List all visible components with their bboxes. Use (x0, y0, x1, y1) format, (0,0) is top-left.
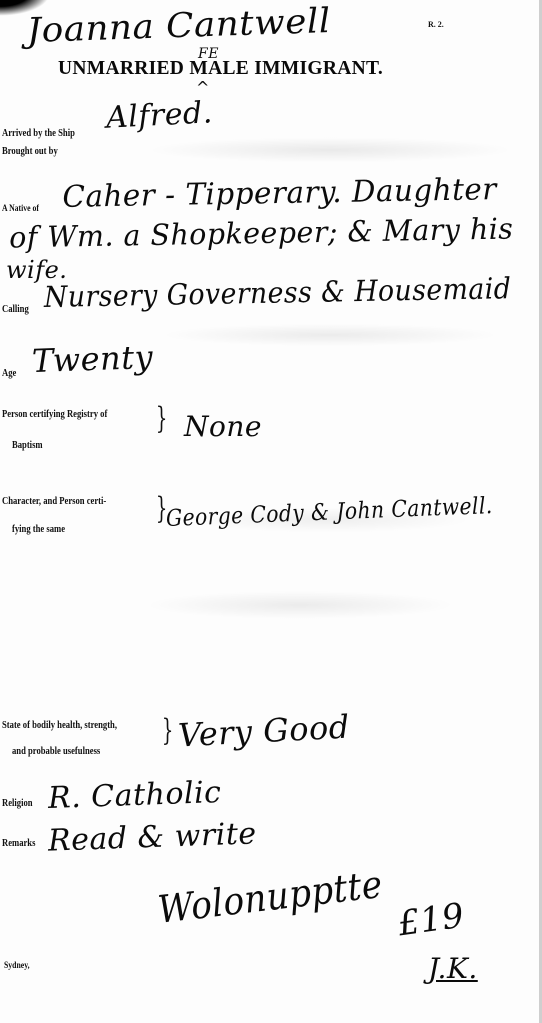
character-label-line2: fying the same (12, 524, 65, 535)
immigrant-name: Joanna Cantwell (26, 1, 331, 51)
ship-value: Alfred. (105, 95, 213, 136)
calling-value: Nursery Governess & Housemaid (44, 271, 512, 314)
place-label: Sydney, (4, 960, 30, 970)
native-of-line1: Caher - Tipperary. Daughter (62, 172, 497, 215)
baptism-label-line1: Person certifying Registry of (2, 409, 107, 420)
age-label: Age (2, 368, 16, 379)
form-code: R. 2. (428, 20, 444, 29)
character-value: George Cody & John Cantwell. (166, 493, 493, 532)
immigrant-record-page: Joanna Cantwell R. 2. FE UNMARRIED MALE … (0, 0, 542, 1023)
native-of-line2: of Wm. a Shopkeeper; & Mary his (9, 212, 514, 255)
character-label-line1: Character, and Person certi- (2, 496, 106, 507)
brought-out-label: Brought out by (2, 146, 58, 157)
brace-icon: } (162, 716, 173, 746)
amount: £19 (396, 896, 467, 945)
health-label-line1: State of bodily health, strength, (2, 720, 117, 731)
religion-label: Religion (2, 798, 33, 809)
native-of-label: A Native of (2, 203, 39, 213)
initials: J.K. (428, 952, 478, 985)
ship-label: Arrived by the Ship (2, 128, 75, 139)
health-label-line2: and probable usefulness (12, 746, 100, 757)
calling-label: Calling (2, 304, 29, 315)
caret-insert-icon: ^ (196, 78, 209, 97)
age-value: Twenty (31, 338, 153, 380)
baptism-label-line2: Baptism (12, 440, 43, 451)
signature: Wolonupptte (156, 862, 384, 932)
religion-value: R. Catholic (47, 775, 222, 816)
brace-icon: } (156, 404, 167, 434)
remarks-label: Remarks (2, 838, 35, 849)
baptism-value: None (184, 410, 262, 443)
document-title: UNMARRIED MALE IMMIGRANT. (58, 58, 383, 80)
health-value: Very Good (177, 708, 350, 755)
remarks-value: Read & write (47, 816, 257, 858)
